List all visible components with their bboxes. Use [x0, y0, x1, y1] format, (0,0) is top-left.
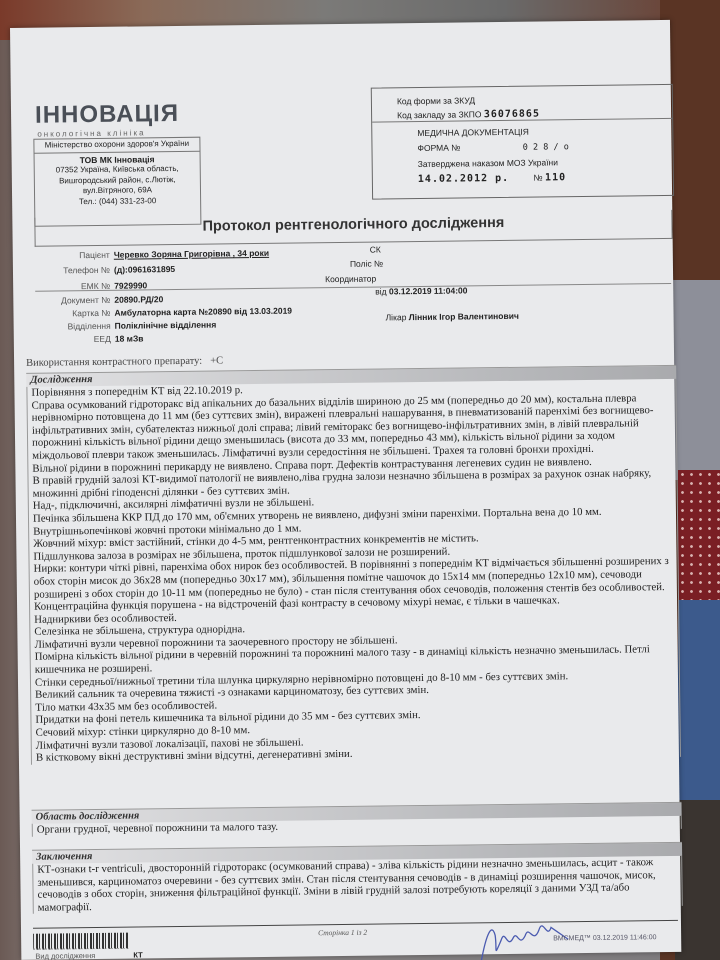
patient-name: Черевко Зоряна Григорівна , 34 роки — [114, 248, 269, 260]
inst-code: 36076865 — [484, 109, 540, 121]
system-stamp: ВМСМЕД™ 03.12.2019 11:46:00 — [553, 934, 656, 942]
date-label: від — [375, 286, 386, 296]
form-info-box: Код форми за ЗКУД Код закладу за ЗКПО 36… — [371, 84, 674, 200]
coordinator-label: Координатор — [325, 274, 376, 285]
form-label: ФОРМА № — [417, 143, 460, 154]
form-number: 0 2 8 / о — [523, 142, 569, 153]
policy-label: Поліс № — [350, 258, 383, 268]
background-fabric-red — [678, 470, 720, 600]
exam-type-value: КТ — [133, 950, 142, 959]
section-line: КТ-ознаки t-r ventriculi, двосторонній г… — [37, 856, 678, 914]
section-conclusion: Заключення КТ-ознаки t-r ventriculi, дво… — [32, 842, 683, 914]
background-fabric-grey — [672, 280, 720, 480]
department: Поліклінічне відділення — [115, 320, 217, 331]
clinic-info-box: Міністерство охорони здоров'я України ТО… — [33, 137, 201, 227]
section-research: Дослідження Порівняння з попереднім КТ в… — [26, 365, 681, 765]
doc-date: 03.12.2019 11:04:00 — [389, 285, 468, 296]
card-value: Амбулаторна карта №20890 від 13.03.2019 — [114, 306, 292, 318]
phone-label: Телефон № — [35, 265, 110, 276]
patient-label: Пацієнт — [35, 250, 110, 261]
order-number: 110 — [545, 172, 566, 183]
approved-date: 14.02.2012 р. — [418, 173, 509, 185]
section-body: Порівняння з попереднім КТ від 22.10.201… — [26, 379, 681, 765]
exam-type-label: Вид дослідження — [35, 951, 95, 960]
document-header: ІННОВАЦІЯ онкологічна клініка Міністерст… — [33, 84, 671, 227]
patient-info: ПацієнтЧеревко Зоряна Григорівна , 34 ро… — [35, 243, 672, 351]
ministry: Міністерство охорони здоров'я України — [34, 138, 199, 154]
doctor-label: Лікар — [386, 312, 407, 322]
inst-code-label: Код закладу за ЗКПО — [397, 109, 481, 120]
eed-value: 18 мЗв — [115, 333, 144, 343]
doc-number: 20890.РД/20 — [114, 294, 163, 305]
contrast-label: Використання контрастного препарату: — [26, 356, 202, 369]
dept-label: Відділення — [36, 321, 111, 332]
contrast-usage: Використання контрастного препарату:+С — [26, 355, 223, 368]
doctor-name: Лінник Ігор Валентинович — [409, 311, 519, 322]
barcode — [33, 933, 128, 950]
order-label: № — [533, 173, 542, 183]
card-label: Картка № — [35, 308, 110, 319]
sk-label: СК — [370, 244, 381, 254]
background-fabric-blue — [678, 600, 720, 800]
contrast-value: +С — [210, 355, 223, 366]
clinic-logo: ІННОВАЦІЯ — [35, 100, 179, 130]
document-footer: Сторінка 1 із 2 Вид дослідження КТ ВМСМЕ… — [33, 918, 683, 926]
patient-phone: (д):0961631895 — [114, 264, 175, 275]
document-page: ІННОВАЦІЯ онкологічна клініка Міністерст… — [10, 20, 681, 960]
section-line: Справа осумкований гідроторакс від апіка… — [32, 392, 673, 463]
clinic-phone: Тел.: (044) 331-23-00 — [35, 195, 200, 208]
section-body: КТ-ознаки t-r ventriculi, двосторонній г… — [32, 856, 683, 914]
section-line: Нирки: контури чіткі рівні, паренхіма об… — [34, 555, 675, 613]
doc-label: Документ № — [35, 295, 110, 306]
eed-label: ЕЕД — [36, 334, 111, 345]
page-number: Сторінка 1 із 2 — [318, 928, 367, 938]
section-area: Область дослідження Органи грудної, чере… — [32, 802, 682, 837]
